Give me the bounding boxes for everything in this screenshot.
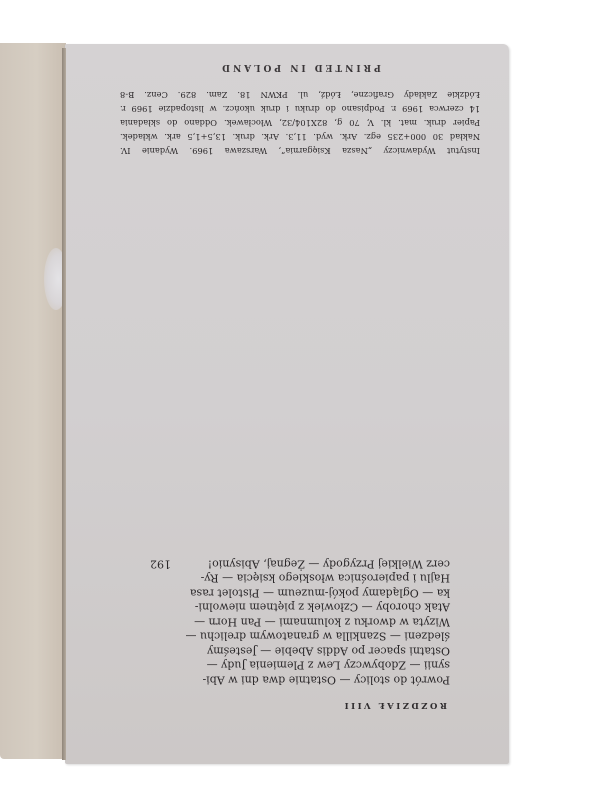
book-gutter <box>62 48 66 760</box>
chapter-line-text: Atak choroby — Człowiek z piętnem niewol… <box>195 600 450 615</box>
chapter-line-text: ka — Oglądamy pokój-muzeum — Pistolet ra… <box>190 585 450 600</box>
colophon-line: Nakład 30 000+235 egz. Ark. wyd. 11,3. A… <box>120 130 480 144</box>
colophon-line: Papier druk. mat. kl. V, 70 g, 82X104/32… <box>120 116 480 130</box>
chapter-line: cerz Wielkiej Przygody — Żegnaj, Abisyni… <box>150 556 450 571</box>
chapter-line: Ostatni spacer po Addis Abebie — Jesteśm… <box>150 643 450 658</box>
colophon-line: 14 czerwca 1969 r. Podpisano do druku i … <box>120 102 480 116</box>
chapter-line-text: śledzeni — Szankilla w granatowym drelic… <box>185 629 450 644</box>
page-number: 192 <box>150 556 187 571</box>
printed-in-poland: PRINTED IN POLAND <box>120 62 480 72</box>
colophon-line: Łódzkie Zakłady Graficzne, Łódź, ul. PKW… <box>120 88 480 102</box>
chapter-line: ka — Oglądamy pokój-muzeum — Pistolet ra… <box>150 585 450 600</box>
chapter-line-text: Ostatni spacer po Addis Abebie — Jesteśm… <box>207 643 450 658</box>
chapter-line-text: Hajlu i papierośnica włoskiego księcia —… <box>201 571 450 586</box>
chapter-summary: Powrót do stolicy — Ostatnie dwa dni w A… <box>150 556 450 687</box>
chapter-line-text: cerz Wielkiej Przygody — Żegnaj, Abisyni… <box>208 556 450 571</box>
chapter-text: Powrót do stolicy — Ostatnie dwa dni w A… <box>150 556 450 687</box>
chapter-line-text: Wizyta w dworku z kolumnami — Pan Horn — <box>194 614 450 629</box>
chapter-line: synii — Zdobywczy Lew z Plemienia Judy — <box>150 658 450 673</box>
chapter-line: Powrót do stolicy — Ostatnie dwa dni w A… <box>150 672 450 687</box>
colophon-text: Instytut Wydawniczy „Nasza Księgarnia”, … <box>120 88 480 158</box>
chapter-line-text: synii — Zdobywczy Lew z Plemienia Judy — <box>207 658 450 673</box>
chapter-line: Atak choroby — Człowiek z piętnem niewol… <box>150 600 450 615</box>
chapter-heading-block: ROZDZIAŁ VIII <box>150 700 450 710</box>
chapter-line: Hajlu i papierośnica włoskiego księcia —… <box>150 571 450 586</box>
chapter-line: śledzeni — Szankilla w granatowym drelic… <box>150 629 450 644</box>
colophon-line: Instytut Wydawniczy „Nasza Księgarnia”, … <box>120 144 480 158</box>
chapter-line-text: Powrót do stolicy — Ostatnie dwa dni w A… <box>203 672 451 687</box>
printed-in-poland-block: PRINTED IN POLAND <box>120 62 480 72</box>
colophon-block: Instytut Wydawniczy „Nasza Księgarnia”, … <box>120 88 480 158</box>
chapter-line: Wizyta w dworku z kolumnami — Pan Horn — <box>150 614 450 629</box>
left-page <box>0 43 66 759</box>
chapter-heading: ROZDZIAŁ VIII <box>150 700 450 710</box>
